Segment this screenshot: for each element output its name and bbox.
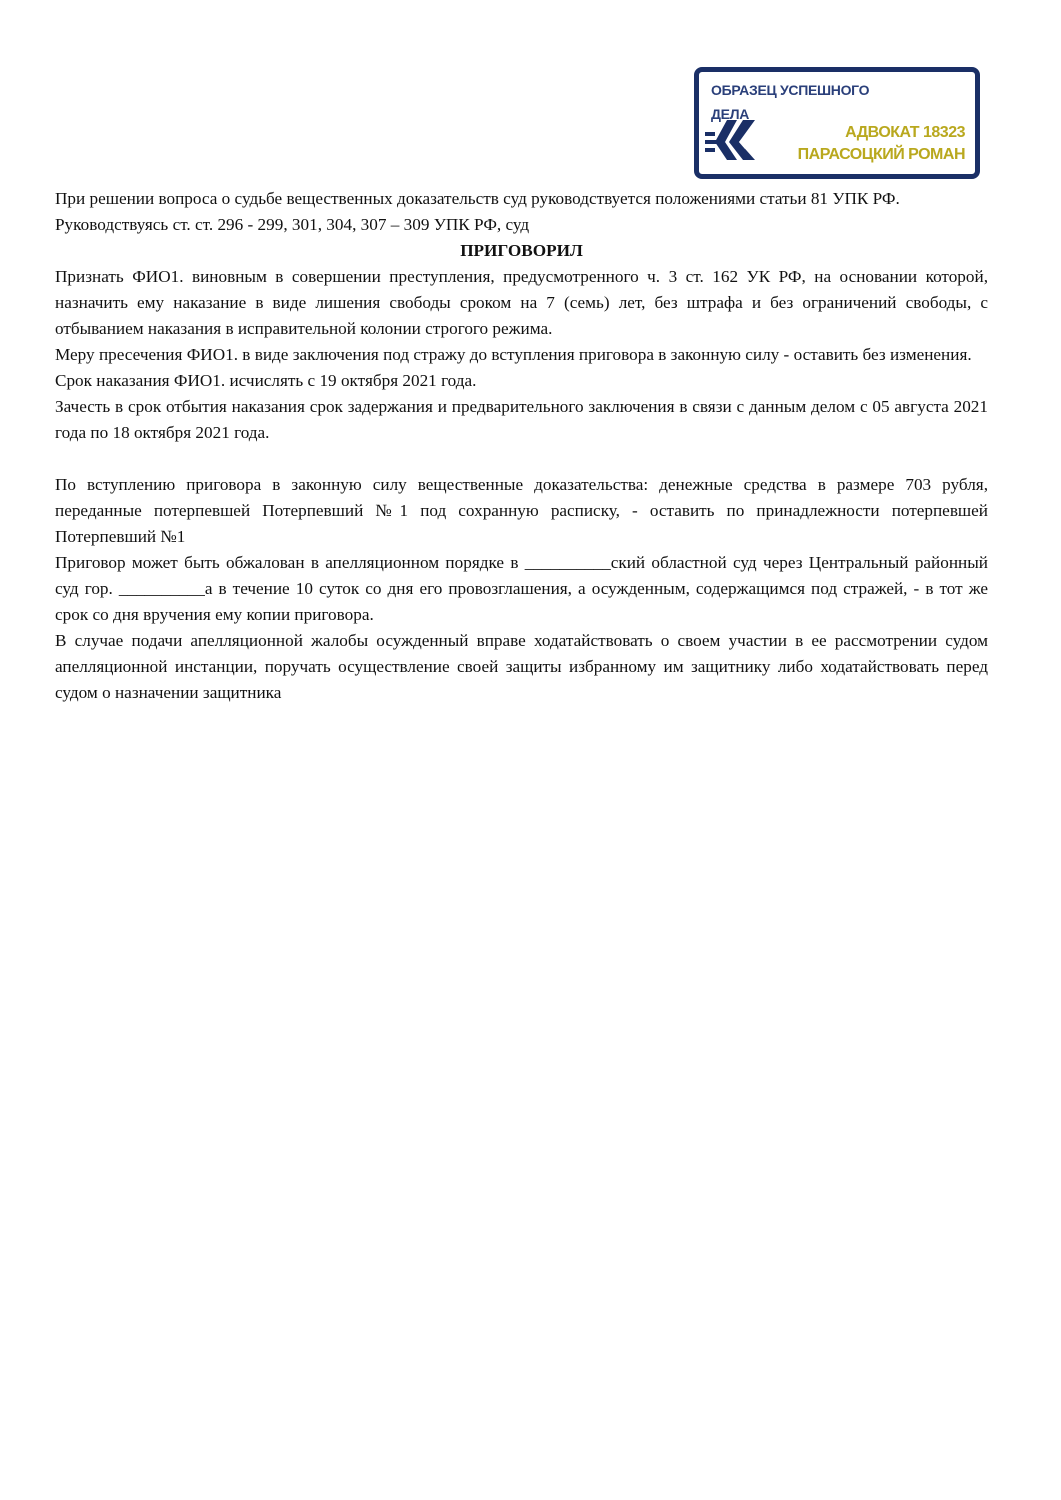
- logo-lawyer-name: АДВОКАТ 18323 ПАРАСОЦКИЙ РОМАН: [798, 122, 965, 166]
- document-body: При решении вопроса о судьбе вещественны…: [55, 186, 988, 706]
- paragraph-evidence-rule: При решении вопроса о судьбе вещественны…: [55, 186, 988, 212]
- paragraph-guided-by: Руководствуясь ст. ст. 296 - 299, 301, 3…: [55, 212, 988, 238]
- k-monogram-icon: [705, 118, 765, 162]
- logo-title-line1: ОБРАЗЕЦ УСПЕШНОГО: [711, 78, 911, 102]
- logo-lawyer-fullname: ПАРАСОЦКИЙ РОМАН: [798, 144, 965, 166]
- paragraph-guilty: Признать ФИО1. виновным в совершении пре…: [55, 264, 988, 342]
- lawyer-logo-badge: ОБРАЗЕЦ УСПЕШНОГО ДЕЛА АДВОКАТ 18323 ПАР…: [694, 67, 980, 179]
- paragraph-evidence-disposition: По вступлению приговора в законную силу …: [55, 472, 988, 550]
- paragraph-preventive-measure: Меру пресечения ФИО1. в виде заключения …: [55, 342, 988, 368]
- verdict-heading: ПРИГОВОРИЛ: [55, 238, 988, 264]
- logo-lawyer-id: АДВОКАТ 18323: [798, 122, 965, 144]
- paragraph-term-start: Срок наказания ФИО1. исчислять с 19 октя…: [55, 368, 988, 394]
- paragraph-appeal: Приговор может быть обжалован в апелляци…: [55, 550, 988, 628]
- spacer: [55, 446, 988, 472]
- paragraph-credit-detention: Зачесть в срок отбытия наказания срок за…: [55, 394, 988, 446]
- paragraph-appeal-rights: В случае подачи апелляционной жалобы осу…: [55, 628, 988, 706]
